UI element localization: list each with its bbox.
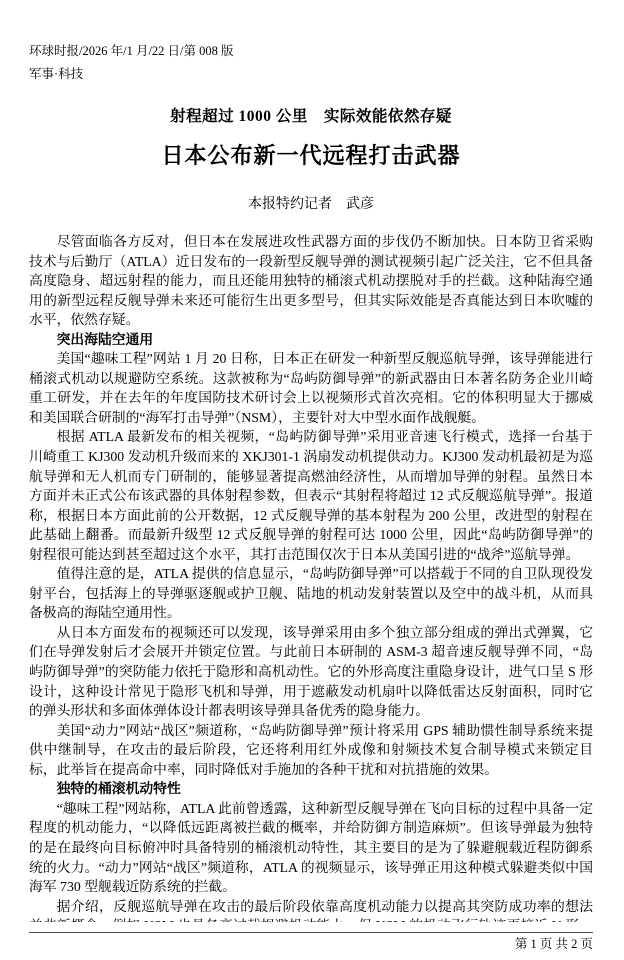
footer-divider [29, 932, 593, 933]
paragraph-3: 根据 ATLA 最新发布的相关视频，“岛屿防御导弹”采用亚音速飞行模式，选择一台… [29, 427, 593, 564]
article-subtitle: 射程超过 1000 公里 实际效能依然存疑 [29, 104, 593, 126]
publication-line: 环球时报/2026 年/1 月/22 日/第 008 版 [29, 40, 593, 63]
article-body: 尽管面临各方反对，但日本在发展进攻性武器方面的步伐仍不断加快。日本防卫省采购技术… [29, 232, 593, 922]
paragraph-6: 美国“动力”网站“战区”频道称，“岛屿防御导弹”预计将采用 GPS 辅助惯性制导… [29, 721, 593, 780]
paragraph-4: 值得注意的是，ATLA 提供的信息显示，“岛屿防御导弹”可以搭载于不同的自卫队现… [29, 564, 593, 623]
article-title: 日本公布新一代远程打击武器 [29, 139, 593, 170]
document-footer: 第 1 页 共 2 页 [29, 932, 593, 952]
document-page: 环球时报/2026 年/1 月/22 日/第 008 版 军事·科技 射程超过 … [0, 0, 624, 960]
paragraph-7: “趣味工程”网站称，ATLA 此前曾透露，这种新型反舰导弹在飞向目标的过程中具备… [29, 799, 593, 897]
section-heading-2: 独特的桶滚机动特性 [29, 779, 593, 799]
paragraph-2: 美国“趣味工程”网站 1 月 20 日称，日本正在研发一种新型反舰巡航导弹，该导… [29, 349, 593, 427]
section-line: 军事·科技 [29, 63, 593, 86]
section-heading-1: 突出海陆空通用 [29, 330, 593, 350]
article-byline: 本报特约记者 武彦 [29, 193, 593, 213]
page-number: 第 1 页 共 2 页 [29, 937, 593, 952]
paragraph-5: 从日本方面发布的视频还可以发现，该导弹采用由多个独立部分组成的弹出式弹翼，它们在… [29, 623, 593, 721]
paragraph-1: 尽管面临各方反对，但日本在发展进攻性武器方面的步伐仍不断加快。日本防卫省采购技术… [29, 232, 593, 330]
document-header: 环球时报/2026 年/1 月/22 日/第 008 版 军事·科技 [29, 40, 593, 86]
paragraph-8: 据介绍，反舰巡航导弹在攻击的最后阶段依靠高度机动能力以提高其突防成功率的想法并非… [29, 897, 593, 922]
